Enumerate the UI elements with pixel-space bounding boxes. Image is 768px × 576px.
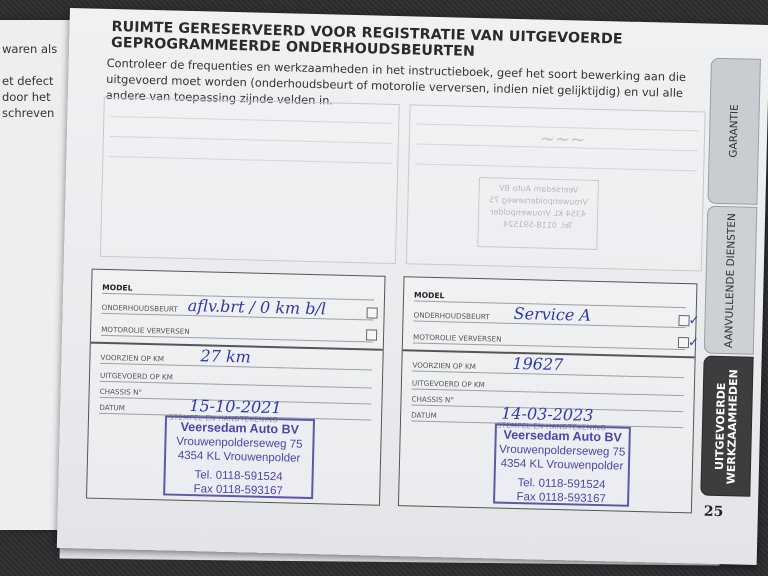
service-entry-1: MODEL ONDERHOUDSBEURTaflv.brt / 0 km b/l… bbox=[86, 269, 386, 506]
onderhoudsbeurt-checkbox[interactable] bbox=[367, 307, 378, 318]
ghost-stamp: Veersedam Auto BV Vrouwenpolderseweg 75 … bbox=[477, 177, 599, 250]
voorzien-km-value[interactable]: 19627 bbox=[512, 354, 563, 374]
check-mark-icon: ✓ bbox=[688, 335, 699, 350]
onderhoudsbeurt-label: ONDERHOUDSBEURT bbox=[102, 303, 178, 314]
model-label: MODEL bbox=[102, 283, 133, 293]
onderhoudsbeurt-label: ONDERHOUDSBEURT bbox=[413, 310, 489, 321]
voorzien-label: VOORZIEN OP km bbox=[100, 353, 164, 364]
dealer-stamp: Veersedam Auto BV Vrouwenpolderseweg 75 … bbox=[163, 415, 315, 499]
left-text-fragment: schreven bbox=[2, 106, 54, 120]
datum-label: DATUM bbox=[99, 403, 125, 413]
tab-label: UITGEVOERDE WERKZAAMHEDEN bbox=[713, 357, 740, 496]
voorzien-label: VOORZIEN OP km bbox=[412, 360, 476, 371]
service-entry-2: MODEL ONDERHOUDSBEURTService A✓ MOTOROLI… bbox=[398, 276, 698, 513]
faded-entry-box: ~~~ Veersedam Auto BV Vrouwenpolderseweg… bbox=[406, 104, 706, 271]
check-mark-icon: ✓ bbox=[688, 313, 699, 328]
left-text-fragment: door het bbox=[2, 90, 51, 104]
tab-uitgevoerde-werkzaamheden[interactable]: UITGEVOERDE WERKZAAMHEDEN bbox=[700, 356, 753, 497]
onderhoudsbeurt-value[interactable]: Service A bbox=[513, 304, 591, 325]
stamp-fax: Fax 0118-593167 bbox=[495, 490, 627, 508]
section-tabs: GARANTIE AANVULLENDE DIENSTEN UITGEVOERD… bbox=[700, 58, 763, 519]
page-number: 25 bbox=[704, 504, 724, 520]
onderhoudsbeurt-value[interactable]: aflv.brt / 0 km b/l bbox=[188, 296, 327, 318]
datum-label: DATUM bbox=[411, 410, 437, 420]
dealer-stamp: Veersedam Auto BV Vrouwenpolderseweg 75 … bbox=[493, 424, 631, 507]
voorzien-km-value[interactable]: 27 km bbox=[200, 346, 251, 366]
ghost-handwriting: ~~~ bbox=[540, 129, 586, 151]
stamp-fax: Fax 0118-593167 bbox=[165, 481, 311, 499]
tab-label: GARANTIE bbox=[728, 104, 741, 158]
tab-garantie[interactable]: GARANTIE bbox=[707, 58, 761, 205]
faded-entry-box bbox=[100, 97, 400, 264]
left-text-fragment: waren als bbox=[2, 42, 57, 56]
maintenance-page: RUIMTE GERESERVEERD VOOR REGISTRATIE VAN… bbox=[57, 8, 768, 565]
motorolie-checkbox[interactable] bbox=[366, 329, 377, 340]
tab-label: AANVULLENDE DIENSTEN bbox=[723, 213, 738, 348]
tab-aanvullende-diensten[interactable]: AANVULLENDE DIENSTEN bbox=[704, 206, 758, 355]
left-text-fragment: et defect bbox=[2, 74, 54, 88]
model-label: MODEL bbox=[414, 290, 445, 300]
